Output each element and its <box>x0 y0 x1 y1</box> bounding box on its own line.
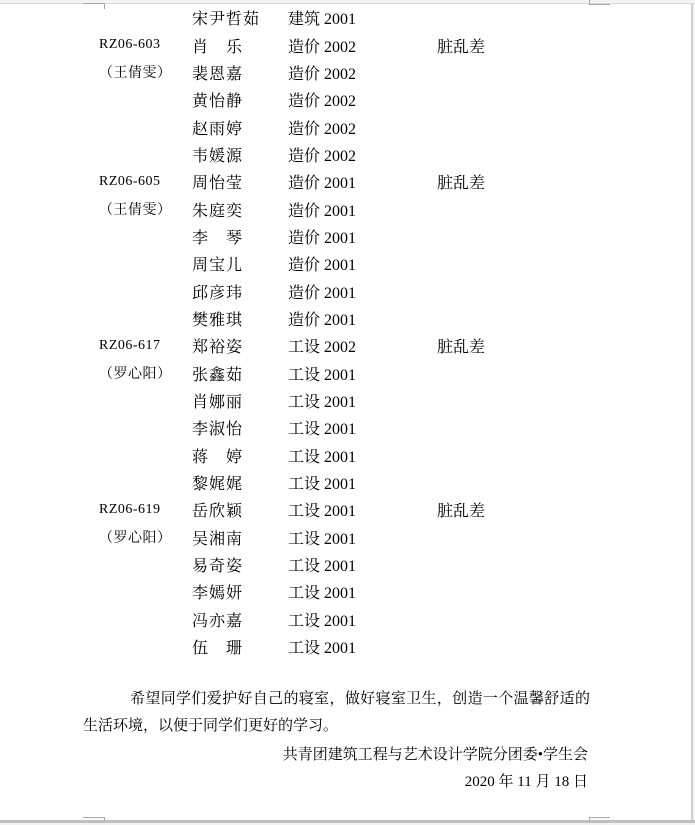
major-year-cell: 工设 2001 <box>288 444 437 467</box>
student-name-cell: 肖 乐 <box>192 34 288 57</box>
signature-date: 2020 年 11 月 18 日 <box>83 769 588 796</box>
status-cell: 脏乱差 <box>437 498 610 521</box>
table-row: 宋尹哲茹建筑 2001 <box>84 4 610 31</box>
crop-mark-bottom-right <box>589 817 590 821</box>
table-row: RZ06-619岳欣颖工设 2001脏乱差 <box>84 496 610 523</box>
room-cell: （罗心阳） <box>84 527 192 547</box>
student-name-cell: 李淑怡 <box>192 416 288 439</box>
major-year-cell: 造价 2001 <box>288 252 437 275</box>
table-row: 李嫣妍工设 2001 <box>84 578 610 605</box>
major-year-cell: 造价 2002 <box>288 61 437 84</box>
student-name-cell: 宋尹哲茹 <box>192 6 288 29</box>
major-year-cell: 工设 2001 <box>288 389 437 412</box>
student-name-cell: 冯亦嘉 <box>192 608 288 631</box>
student-name-cell: 蒋 婷 <box>192 444 288 467</box>
table-row: 易奇姿工设 2001 <box>84 551 610 578</box>
student-name-cell: 李嫣妍 <box>192 580 288 603</box>
major-year-cell: 工设 2001 <box>288 416 437 439</box>
table-row: 黎娓娓工设 2001 <box>84 469 610 496</box>
table-row: 韦媛源造价 2002 <box>84 141 610 168</box>
major-year-cell: 建筑 2001 <box>288 6 437 29</box>
room-cell: RZ06-603 <box>84 37 192 53</box>
crop-mark-bottom-left <box>83 817 105 818</box>
dorm-inspection-roster-table: 宋尹哲茹建筑 2001RZ06-603肖 乐造价 2002脏乱差（王倩雯）裴恩嘉… <box>84 4 610 660</box>
student-name-cell: 易奇姿 <box>192 553 288 576</box>
signature-organization: 共青团建筑工程与艺术设计学院分团委•学生会 <box>83 742 588 769</box>
student-name-cell: 韦媛源 <box>192 143 288 166</box>
major-year-cell: 造价 2002 <box>288 34 437 57</box>
student-name-cell: 邱彦玮 <box>192 280 288 303</box>
major-year-cell: 造价 2001 <box>288 198 437 221</box>
major-year-cell: 工设 2001 <box>288 498 437 521</box>
student-name-cell: 郑裕姿 <box>192 334 288 357</box>
table-row: （王倩雯）朱庭奕造价 2001 <box>84 195 610 222</box>
table-row: （罗心阳）张鑫茹工设 2001 <box>84 359 610 386</box>
table-row: 伍 珊工设 2001 <box>84 633 610 660</box>
crop-mark-bottom-right <box>589 817 610 818</box>
student-name-cell: 张鑫茹 <box>192 362 288 385</box>
table-row: 肖娜丽工设 2001 <box>84 387 610 414</box>
major-year-cell: 工设 2001 <box>288 635 437 658</box>
table-row: 樊雅琪造价 2001 <box>84 305 610 332</box>
status-cell: 脏乱差 <box>437 170 610 193</box>
table-row: 赵雨婷造价 2002 <box>84 113 610 140</box>
student-name-cell: 周怡莹 <box>192 170 288 193</box>
student-name-cell: 周宝儿 <box>192 252 288 275</box>
table-row: 李 琴造价 2001 <box>84 223 610 250</box>
table-row: RZ06-605周怡莹造价 2001脏乱差 <box>84 168 610 195</box>
room-cell: （王倩雯） <box>84 62 192 82</box>
table-row: 周宝儿造价 2001 <box>84 250 610 277</box>
room-cell: （罗心阳） <box>84 363 192 383</box>
table-row: （王倩雯）裴恩嘉造价 2002 <box>84 59 610 86</box>
student-name-cell: 樊雅琪 <box>192 307 288 330</box>
status-cell: 脏乱差 <box>437 334 610 357</box>
table-row: （罗心阳）吴湘南工设 2001 <box>84 524 610 551</box>
student-name-cell: 李 琴 <box>192 225 288 248</box>
student-name-cell: 裴恩嘉 <box>192 61 288 84</box>
table-row: 黄怡静造价 2002 <box>84 86 610 113</box>
major-year-cell: 造价 2001 <box>288 170 437 193</box>
major-year-cell: 造价 2002 <box>288 116 437 139</box>
room-cell: RZ06-605 <box>84 174 192 190</box>
major-year-cell: 工设 2001 <box>288 553 437 576</box>
student-name-cell: 伍 珊 <box>192 635 288 658</box>
table-row: RZ06-603肖 乐造价 2002脏乱差 <box>84 31 610 58</box>
student-name-cell: 赵雨婷 <box>192 116 288 139</box>
major-year-cell: 工设 2001 <box>288 608 437 631</box>
major-year-cell: 造价 2001 <box>288 280 437 303</box>
student-name-cell: 黄怡静 <box>192 88 288 111</box>
table-row: 邱彦玮造价 2001 <box>84 277 610 304</box>
word-document-view: 宋尹哲茹建筑 2001RZ06-603肖 乐造价 2002脏乱差（王倩雯）裴恩嘉… <box>0 0 695 825</box>
table-row: RZ06-617郑裕姿工设 2002脏乱差 <box>84 332 610 359</box>
major-year-cell: 造价 2001 <box>288 307 437 330</box>
crop-mark-bottom-left <box>104 817 105 821</box>
closing-paragraph: 希望同学们爱护好自己的寝室，做好寝室卫生，创造一个温馨舒适的生活环境，以便于同学… <box>83 686 590 741</box>
student-name-cell: 吴湘南 <box>192 526 288 549</box>
major-year-cell: 工设 2002 <box>288 334 437 357</box>
student-name-cell: 肖娜丽 <box>192 389 288 412</box>
student-name-cell: 岳欣颖 <box>192 498 288 521</box>
room-cell: RZ06-619 <box>84 502 192 518</box>
major-year-cell: 工设 2001 <box>288 471 437 494</box>
table-row: 冯亦嘉工设 2001 <box>84 606 610 633</box>
signature-block: 共青团建筑工程与艺术设计学院分团委•学生会 2020 年 11 月 18 日 <box>83 742 588 797</box>
student-name-cell: 黎娓娓 <box>192 471 288 494</box>
table-row: 蒋 婷工设 2001 <box>84 442 610 469</box>
major-year-cell: 工设 2001 <box>288 362 437 385</box>
status-cell: 脏乱差 <box>437 34 610 57</box>
room-cell: RZ06-617 <box>84 338 192 354</box>
major-year-cell: 工设 2001 <box>288 526 437 549</box>
major-year-cell: 造价 2001 <box>288 225 437 248</box>
table-row: 李淑怡工设 2001 <box>84 414 610 441</box>
major-year-cell: 工设 2001 <box>288 580 437 603</box>
student-name-cell: 朱庭奕 <box>192 198 288 221</box>
room-cell: （王倩雯） <box>84 199 192 219</box>
major-year-cell: 造价 2002 <box>288 88 437 111</box>
major-year-cell: 造价 2002 <box>288 143 437 166</box>
